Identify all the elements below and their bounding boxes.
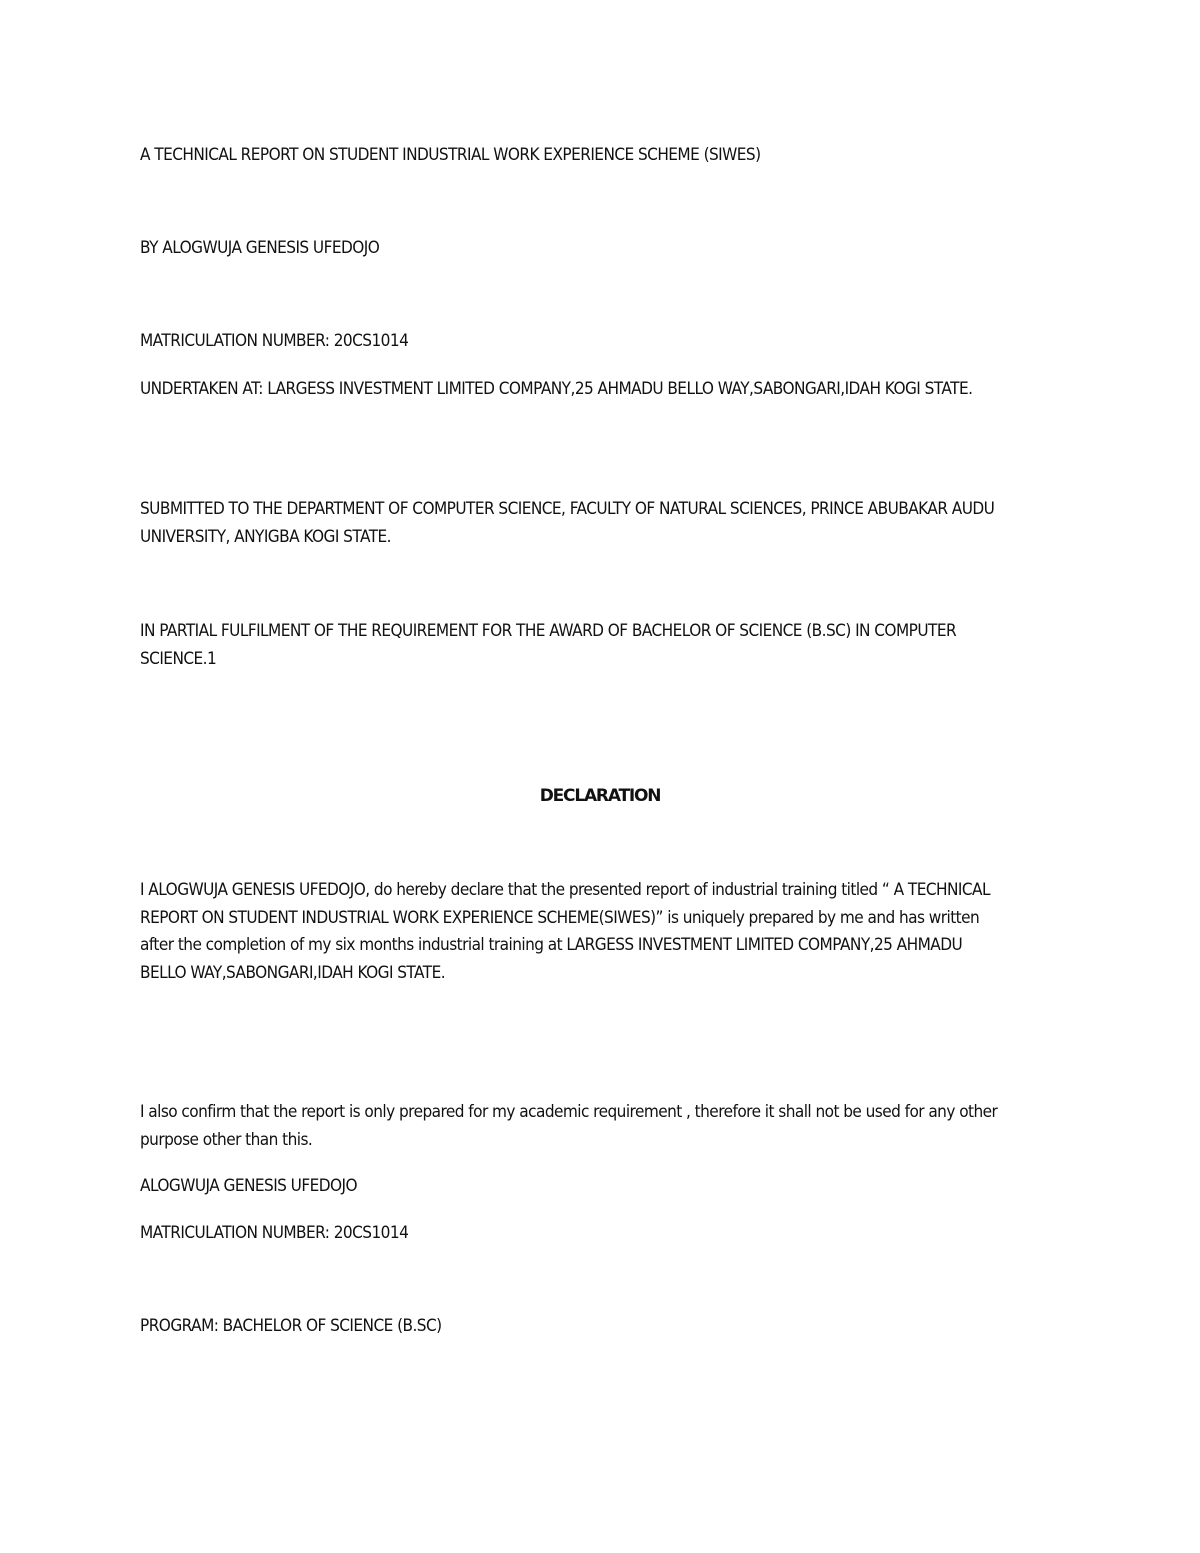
- report-title: A TECHNICAL REPORT ON STUDENT INDUSTRIAL…: [140, 141, 1005, 169]
- document-page: A TECHNICAL REPORT ON STUDENT INDUSTRIAL…: [0, 0, 1200, 1553]
- matriculation-number: MATRICULATION NUMBER: 20CS1014: [140, 327, 1005, 355]
- fulfilment-statement: IN PARTIAL FULFILMENT OF THE REQUIREMENT…: [140, 617, 1005, 672]
- declaration-paragraph: I ALOGWUJA GENESIS UFEDOJO, do hereby de…: [140, 876, 1005, 986]
- undertaken-at: UNDERTAKEN AT: LARGESS INVESTMENT LIMITE…: [140, 375, 1005, 403]
- confirmation-paragraph: I also confirm that the report is only p…: [140, 1098, 1005, 1153]
- signatory-matriculation-number: MATRICULATION NUMBER: 20CS1014: [140, 1219, 1005, 1247]
- submitted-to: SUBMITTED TO THE DEPARTMENT OF COMPUTER …: [140, 495, 1005, 550]
- declaration-heading: DECLARATION: [0, 786, 1200, 806]
- program-line: PROGRAM: BACHELOR OF SCIENCE (B.SC): [140, 1312, 1005, 1340]
- author-line: BY ALOGWUJA GENESIS UFEDOJO: [140, 234, 1005, 262]
- signatory-name: ALOGWUJA GENESIS UFEDOJO: [140, 1172, 1005, 1200]
